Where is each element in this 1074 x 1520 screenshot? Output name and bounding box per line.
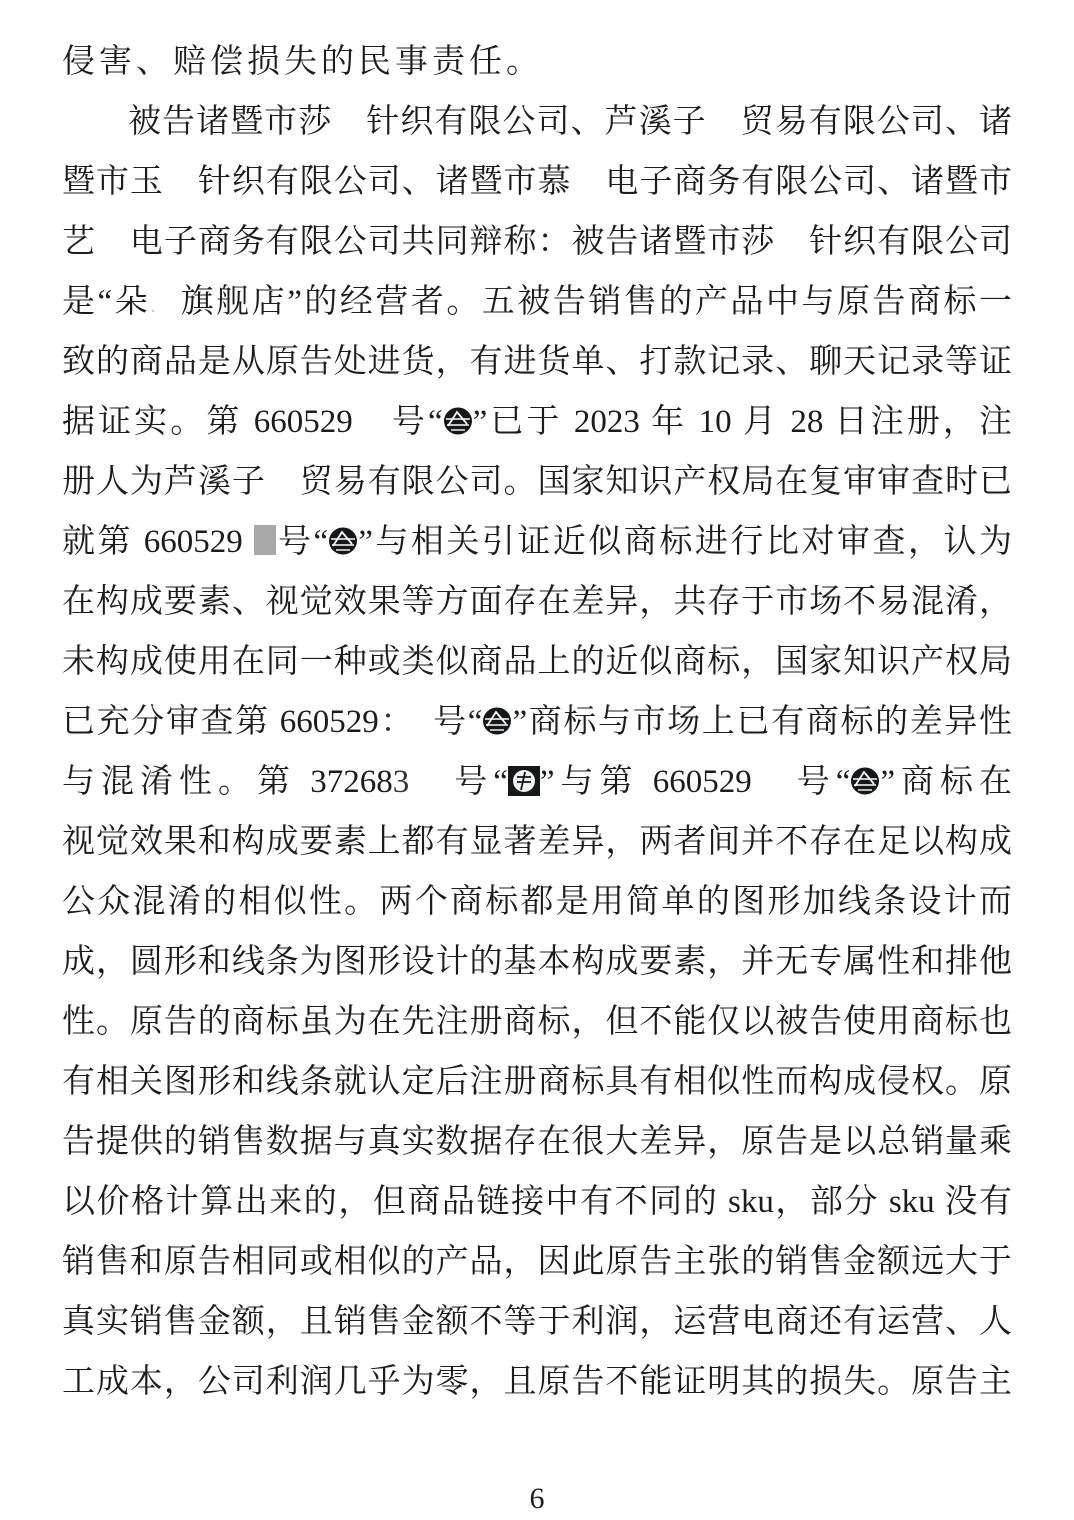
text-line-3: 暨市玉 针织有限公司、诸暨市慕 电子商务有限公司、诸暨市 bbox=[62, 152, 1012, 212]
text-segment: 旗舰店”的经营者。五被告销售的产品中与原告商标一 bbox=[178, 284, 1012, 320]
text-line-7: 据证实。第 660529 号“”已于 2023 年 10 月 28 日注册，注 bbox=[62, 392, 1012, 452]
text-segment: ”与相关引证近似商标进行比对审查，认为 bbox=[358, 524, 1012, 560]
page-number: 6 bbox=[0, 1482, 1074, 1516]
text-segment: 号“ bbox=[399, 704, 483, 740]
document-page: 侵害、赔偿损失的民事责任。 被告诸暨市莎 针织有限公司、芦溪子 贸易有限公司、诸… bbox=[0, 0, 1074, 1520]
text-line-11: 未构成使用在同一种或类似商品上的近似商标，国家知识产权局 bbox=[62, 632, 1012, 692]
square-trademark-icon bbox=[508, 766, 540, 796]
text-line-10: 在构成要素、视觉效果等方面存在差异，共存于市场不易混淆， bbox=[62, 572, 1012, 632]
text-segment: 已充分审查第 660529 bbox=[62, 704, 379, 740]
partially-redacted-digit: 3 bbox=[393, 764, 410, 800]
text-segment: ”已于 2023 年 10 月 28 日注册，注 bbox=[473, 404, 1012, 440]
circle-trademark-icon bbox=[850, 766, 880, 796]
text-segment: ”商标与市场上已有商标的差异性 bbox=[512, 704, 1012, 740]
text-line-13: 与混淆性。第 372683 号“”与第 660529 号“”商标在 bbox=[62, 752, 1012, 812]
text-line-6: 致的商品是从原告处进货，有进货单、打款记录、聊天记录等证 bbox=[62, 332, 1012, 392]
text-line-14: 视觉效果和构成要素上都有显著差异，两者间并不存在足以构成 bbox=[62, 812, 1012, 872]
text-line-12: 已充分审查第 660529： 号“”商标与市场上已有商标的差异性 bbox=[62, 692, 1012, 752]
text-line-16: 成，圆形和线条为图形设计的基本构成要素，并无专属性和排他 bbox=[62, 932, 1012, 992]
text-line-5: 是“朵．旗舰店”的经营者。五被告销售的产品中与原告商标一 bbox=[62, 272, 1012, 332]
text-line-19: 告提供的销售数据与真实数据存在很大差异，原告是以总销量乘 bbox=[62, 1112, 1012, 1172]
text-segment: 据证实。第 660529 号“ bbox=[62, 404, 443, 440]
text-line-8: 册人为芦溪子 贸易有限公司。国家知识产权局在复审审查时已 bbox=[62, 452, 1012, 512]
text-segment: 是“朵 bbox=[62, 284, 150, 320]
text-line-17: 性。原告的商标虽为在先注册商标，但不能仅以被告使用商标也 bbox=[62, 992, 1012, 1052]
text-line-15: 公众混淆的相似性。两个商标都是用简单的图形加线条设计而 bbox=[62, 872, 1012, 932]
text-line-9: 就第 660529 号“”与相关引证近似商标进行比对审查，认为 bbox=[62, 512, 1012, 572]
faint-redaction-mark: ． bbox=[150, 276, 178, 336]
text-segment: 号“ bbox=[409, 764, 508, 800]
text-segment: ”与第 660529 号“ bbox=[540, 764, 851, 800]
text-line-22: 真实销售金额，且销售金额不等于利润，运营电商还有运营、人 bbox=[62, 1292, 1012, 1352]
text-line-20: 以价格计算出来的，但商品链接中有不同的 sku，部分 sku 没有 bbox=[62, 1172, 1012, 1232]
text-line-4: 艺 电子商务有限公司共同辩称：被告诸暨市莎 针织有限公司 bbox=[62, 212, 1012, 272]
text-segment: 号“ bbox=[276, 524, 329, 560]
circle-trademark-icon bbox=[482, 706, 512, 736]
circle-trademark-icon bbox=[443, 406, 473, 436]
circle-trademark-icon bbox=[328, 526, 358, 556]
text-segment: 与混淆性。第 37268 bbox=[62, 764, 393, 800]
text-segment: 就第 660529 bbox=[62, 524, 254, 560]
text-line-23: 工成本，公司利润几乎为零，且原告不能证明其的损失。原告主 bbox=[62, 1352, 1012, 1412]
text-line-2: 被告诸暨市莎 针织有限公司、芦溪子 贸易有限公司、诸 bbox=[62, 92, 1012, 152]
gray-redaction-block bbox=[254, 525, 276, 555]
text-segment: ”商标在 bbox=[880, 764, 1012, 800]
text-line-21: 销售和原告相同或相似的产品，因此原告主张的销售金额远大于 bbox=[62, 1232, 1012, 1292]
text-line-1: 侵害、赔偿损失的民事责任。 bbox=[62, 32, 1012, 92]
partially-redacted-digit: ： bbox=[379, 704, 399, 740]
text-line-18: 有相关图形和线条就认定后注册商标具有相似性而构成侵权。原 bbox=[62, 1052, 1012, 1112]
